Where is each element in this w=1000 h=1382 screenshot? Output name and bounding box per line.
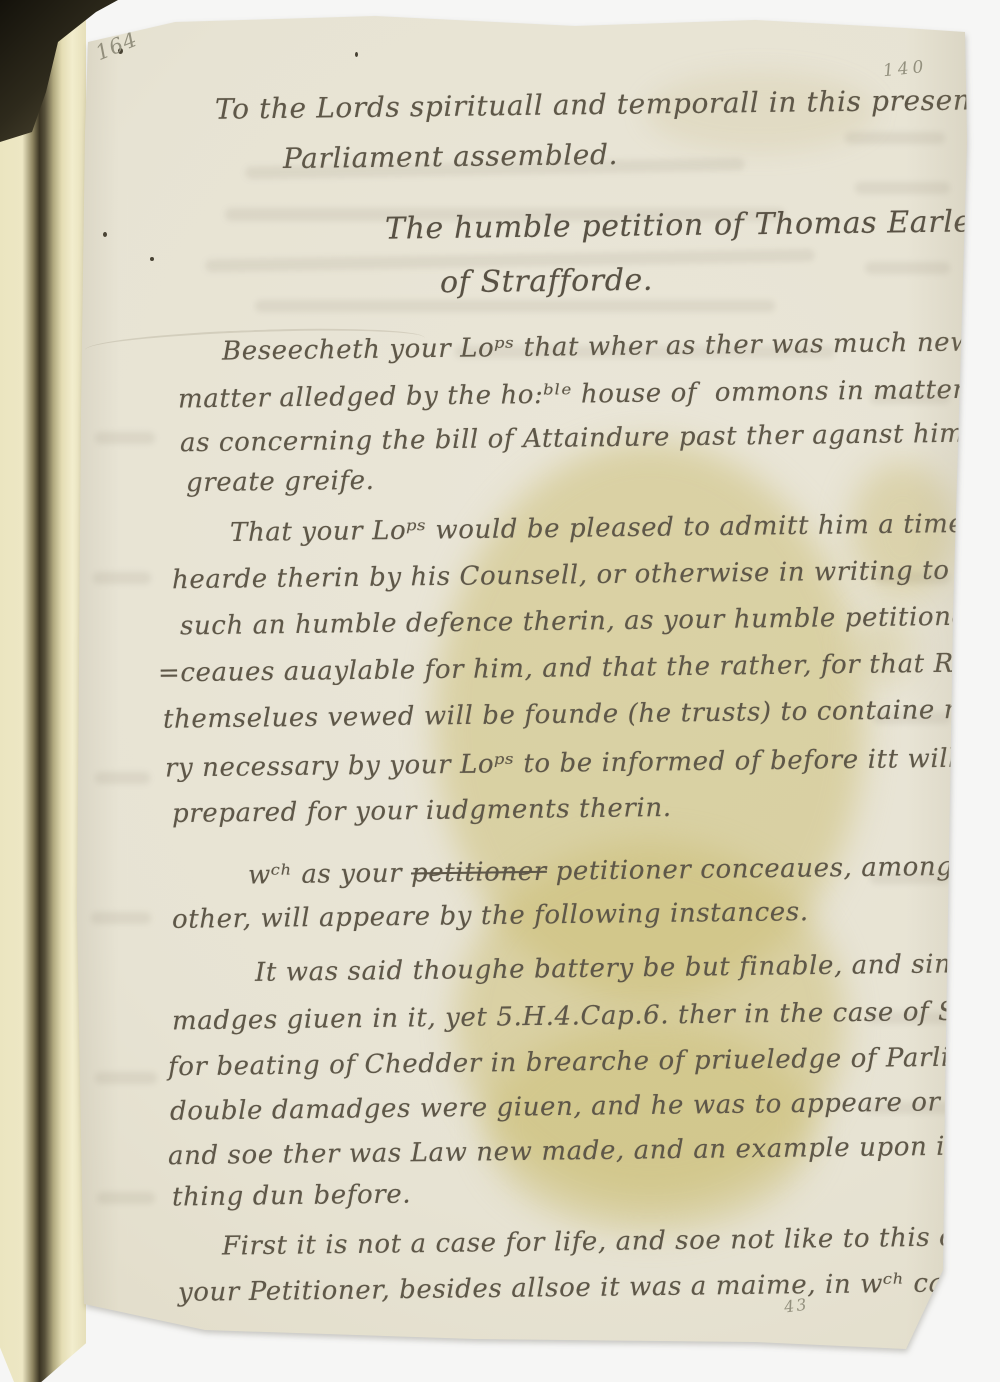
line-segment: wᶜʰ as your — [248, 858, 411, 890]
struck-word: petitioner — [411, 857, 547, 889]
manuscript-page-wrap: 164 140 43 To the Lords spirituall and t… — [55, 12, 970, 1364]
manuscript-line: for beating of Chedder in brearche of pr… — [168, 1042, 970, 1083]
manuscript-line: prepared for your iudgments therin. — [172, 793, 672, 829]
manuscript-line: First it is not a case for life, and soe… — [222, 1222, 966, 1261]
petition-title-line: The humble petition of Thomas Earle — [385, 204, 970, 246]
manuscript-line: your Petitioner, besides allsoe it was a… — [178, 1268, 970, 1308]
folio-number-top-left: 164 — [92, 27, 141, 65]
line-segment: petitioner conceaues, amongst — [547, 852, 970, 887]
manuscript-line: matter alledged by the ho:ᵇˡᵉ house of o… — [178, 374, 970, 415]
manuscript-line: and soe ther was Law new made, and an ex… — [168, 1131, 970, 1172]
manuscript-page: 164 140 43 To the Lords spirituall and t… — [55, 12, 970, 1364]
address-line: Parliament assembled. — [283, 138, 618, 175]
manuscript-line: thing dun before. — [172, 1180, 412, 1213]
petition-title-line: of Strafforde. — [440, 263, 653, 301]
manuscript-line: greate greife. — [186, 466, 375, 498]
manuscript-line: madges giuen in it, yet 5.H.4.Cap.6. the… — [172, 996, 970, 1037]
folio-number-top-right: 140 — [882, 57, 928, 82]
manuscript-line: double damadges were giuen, and he was t… — [170, 1085, 970, 1127]
manuscript-line: hearde therin by his Counsell, or otherw… — [172, 555, 970, 595]
ink-speck — [355, 52, 358, 57]
manuscript-line: as concerning the bill of Attaindure pas… — [180, 418, 970, 459]
manuscript-line: It was said thoughe battery be but finab… — [255, 948, 970, 988]
ink-speck — [150, 257, 154, 261]
ink-speck — [103, 232, 107, 237]
manuscript-line-with-strikethrough: wᶜʰ as your petitioner petitioner concea… — [248, 852, 970, 891]
photo-background: 164 140 43 To the Lords spirituall and t… — [0, 0, 1000, 1382]
